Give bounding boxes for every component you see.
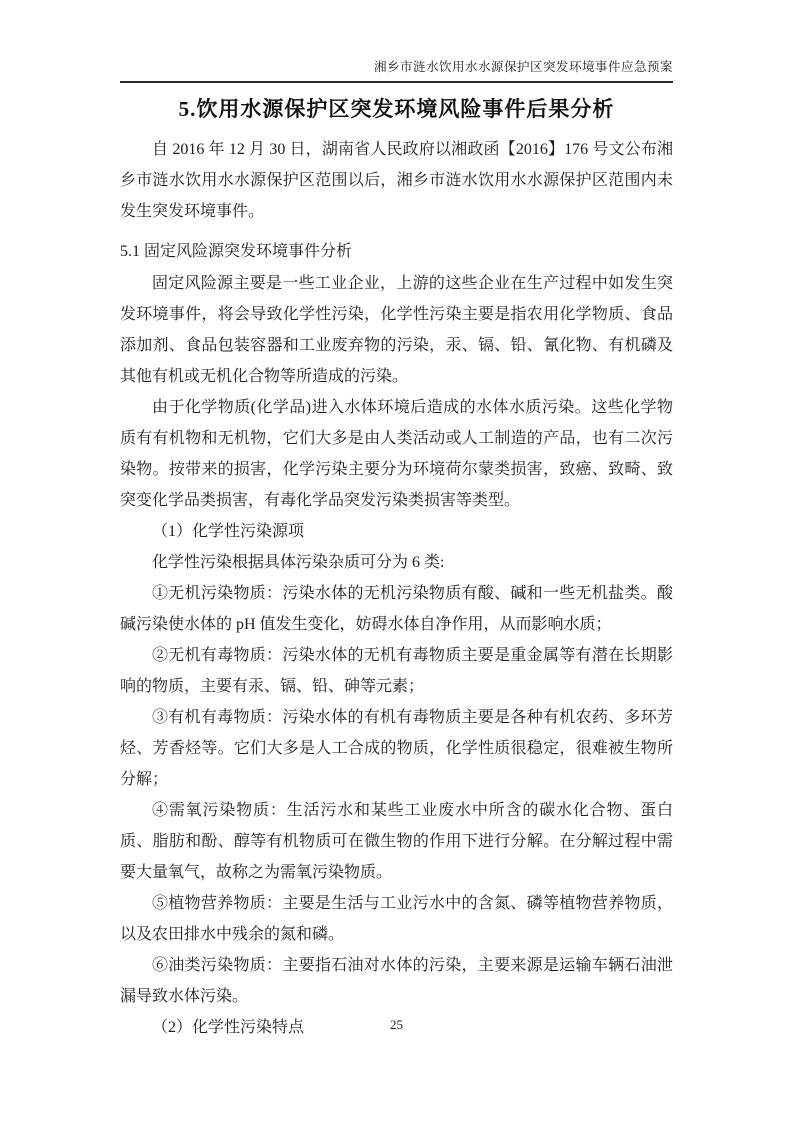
list-item-4-oxygen-demanding-pollutants: ④需氧污染物质：生活污水和某些工业废水中所含的碳水化合物、蛋白质、脂肪和酚、醇等… (120, 795, 673, 888)
list-item-3-organic-toxins: ③有机有毒物质：污染水体的有机有毒物质主要是各种有机农药、多环芳烃、芳香烃等。它… (120, 702, 673, 795)
list-item-1-inorganic-pollutants: ①无机污染物质：污染水体的无机污染物质有酸、碱和一些无机盐类。酸碱污染使水体的 … (120, 578, 673, 640)
running-header: 湘乡市涟水饮用水水源保护区突发环境事件应急预案 (120, 58, 673, 76)
paragraph-fixed-risk-sources: 固定风险源主要是一些工业企业，上游的这些企业在生产过程中如发生突发环境事件，将会… (120, 268, 673, 392)
list-item-6-oil-pollutants: ⑥油类污染物质：主要指石油对水体的污染，主要来源是运输车辆石油泄漏导致水体污染。 (120, 950, 673, 1012)
paragraph-intro: 自 2016 年 12 月 30 日，湖南省人民政府以湘政函【2016】176 … (120, 134, 673, 227)
paragraph-chemical-pollution-overview: 由于化学物质(化学品)进入水体环境后造成的水体水质污染。这些化学物质有有机物和无… (120, 392, 673, 516)
list-item-5-plant-nutrients: ⑤植物营养物质：主要是生活与工业污水中的含氮、磷等植物营养物质，以及农田排水中残… (120, 888, 673, 950)
paragraph-six-categories-lead-in: 化学性污染根据具体污染杂质可分为 6 类: (120, 547, 673, 578)
page-number: 25 (0, 1016, 793, 1034)
list-label-1-pollution-source: （1）化学性污染源项 (120, 516, 673, 547)
header-rule (120, 81, 673, 83)
document-page: 湘乡市涟水饮用水水源保护区突发环境事件应急预案 5.饮用水源保护区突发环境风险事… (0, 0, 793, 1122)
section-heading-5-1: 5.1 固定风险源突发环境事件分析 (120, 236, 673, 267)
list-item-2-inorganic-toxins: ②无机有毒物质：污染水体的无机有毒物质主要是重金属等有潜在长期影响的物质，主要有… (120, 640, 673, 702)
page-title: 5.饮用水源保护区突发环境风险事件后果分析 (120, 94, 673, 124)
